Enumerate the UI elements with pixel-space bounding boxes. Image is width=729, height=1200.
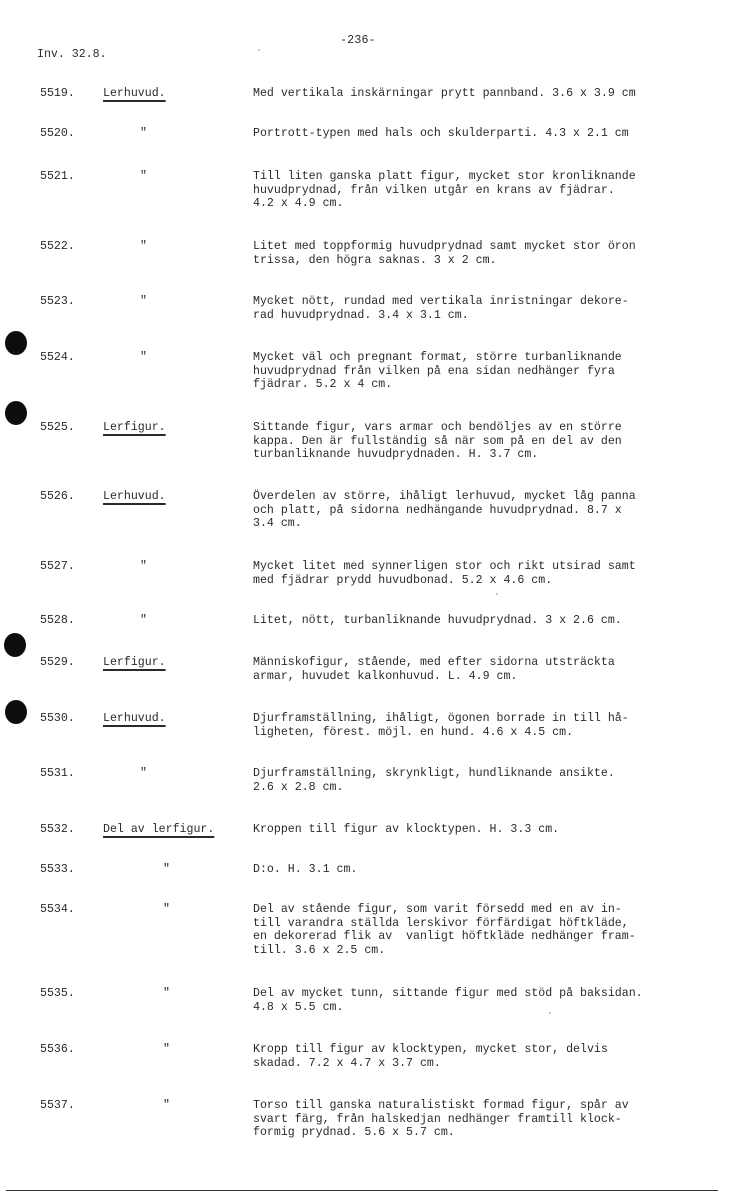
bottom-rule [6, 1190, 718, 1191]
entry-number: 5519. [40, 87, 75, 100]
entry-number: 5532. [40, 823, 75, 836]
entry-description: Kropp till figur av klocktypen, mycket s… [253, 1043, 723, 1070]
entry-description: Litet, nött, turbanliknande huvudprydnad… [253, 614, 723, 628]
scan-speck [258, 49, 260, 51]
entry-description: Sittande figur, vars armar och bendöljes… [253, 421, 723, 462]
entry-description: Kroppen till figur av klocktypen. H. 3.3… [253, 823, 723, 837]
entry-description: Djurframställning, skrynkligt, hundlikna… [253, 767, 723, 794]
scan-speck [549, 1012, 551, 1014]
entry-category-ditto: " [163, 1043, 170, 1056]
entry-category-ditto: " [140, 240, 147, 253]
punch-hole [5, 331, 27, 355]
entry-category-ditto: " [140, 127, 147, 140]
entry-description: Litet med toppformig huvudprydnad samt m… [253, 240, 723, 267]
scan-speck [496, 593, 498, 595]
entry-number: 5530. [40, 712, 75, 725]
punch-hole [5, 700, 27, 724]
entry-description: Djurframställning, ihåligt, ögonen borra… [253, 712, 723, 739]
entry-category-ditto: " [163, 903, 170, 916]
entry-number: 5537. [40, 1099, 75, 1112]
entry-number: 5523. [40, 295, 75, 308]
entry-category-ditto: " [163, 863, 170, 876]
entry-category-ditto: " [163, 987, 170, 1000]
entry-description: Del av stående figur, som varit försedd … [253, 903, 723, 957]
entry-number: 5525. [40, 421, 75, 434]
entry-category-ditto: " [140, 351, 147, 364]
entry-number: 5536. [40, 1043, 75, 1056]
entry-number: 5521. [40, 170, 75, 183]
entry-number: 5520. [40, 127, 75, 140]
scan-speck [270, 300, 272, 302]
entry-category: Lerfigur. [103, 656, 166, 669]
entry-category: Lerfigur. [103, 421, 166, 434]
entry-category-ditto: " [140, 170, 147, 183]
entry-category-ditto: " [140, 614, 147, 627]
entry-category-ditto: " [163, 1099, 170, 1112]
entry-description: D:o. H. 3.1 cm. [253, 863, 723, 877]
entry-number: 5526. [40, 490, 75, 503]
entry-category-ditto: " [140, 295, 147, 308]
entry-description: Mycket väl och pregnant format, större t… [253, 351, 723, 392]
entry-description: Del av mycket tunn, sittande figur med s… [253, 987, 723, 1014]
entry-number: 5524. [40, 351, 75, 364]
entry-category-ditto: " [140, 767, 147, 780]
entry-category: Lerhuvud. [103, 87, 166, 100]
entry-number: 5529. [40, 656, 75, 669]
page-number: -236- [340, 34, 376, 47]
entry-category: Lerhuvud. [103, 490, 166, 503]
entry-number: 5531. [40, 767, 75, 780]
entry-description: Överdelen av större, ihåligt lerhuvud, m… [253, 490, 723, 531]
entry-number: 5533. [40, 863, 75, 876]
entry-description: Till liten ganska platt figur, mycket st… [253, 170, 723, 211]
punch-hole [5, 401, 27, 425]
entry-number: 5534. [40, 903, 75, 916]
entry-category: Lerhuvud. [103, 712, 166, 725]
entry-description: Med vertikala inskärningar prytt pannban… [253, 87, 723, 101]
entry-description: Mycket litet med synnerligen stor och ri… [253, 560, 723, 587]
entry-description: Mycket nött, rundad med vertikala inrist… [253, 295, 723, 322]
entry-description: Torso till ganska naturalistiskt formad … [253, 1099, 723, 1140]
punch-hole [4, 633, 26, 657]
entry-category-ditto: " [140, 560, 147, 573]
entry-description: Portrott-typen med hals och skulderparti… [253, 127, 723, 141]
inventory-reference: Inv. 32.8. [37, 48, 107, 61]
entry-category: Del av lerfigur. [103, 823, 214, 836]
entry-number: 5528. [40, 614, 75, 627]
entry-number: 5522. [40, 240, 75, 253]
entry-number: 5535. [40, 987, 75, 1000]
entry-number: 5527. [40, 560, 75, 573]
entry-description: Människofigur, stående, med efter sidorn… [253, 656, 723, 683]
